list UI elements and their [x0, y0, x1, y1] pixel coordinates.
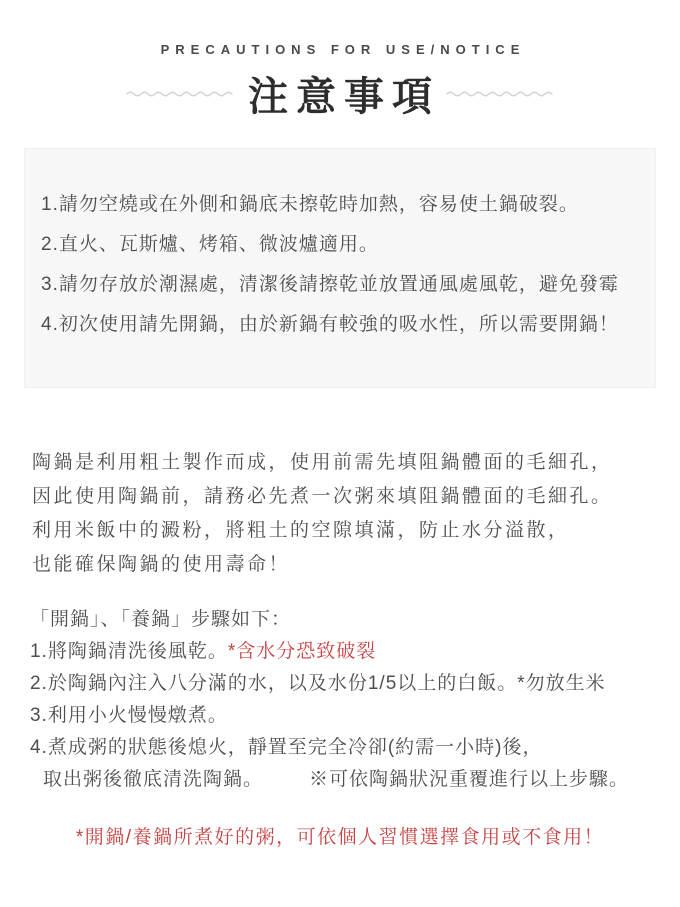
header: PRECAUTIONS FOR USE/NOTICE 注意事項: [0, 0, 680, 122]
step-2-text: 2.於陶鍋內注入八分滿的水，以及水份1/5以上的白飯。: [30, 673, 517, 694]
step-4-continuation-text: 取出粥後徹底清洗陶鍋。: [43, 769, 263, 790]
title-row: 注意事項: [0, 65, 680, 122]
notice-item: 4.初次使用請先開鍋，由於新鍋有較強的吸水性，所以需要開鍋！: [41, 305, 641, 345]
eyebrow-text: PRECAUTIONS FOR USE/NOTICE: [0, 42, 680, 57]
wave-line-right-icon: [446, 89, 554, 99]
intro-line: 因此使用陶鍋前，請務必先煮一次粥來填阻鍋體面的毛細孔。: [32, 480, 680, 514]
step-1-text: 1.將陶鍋清洗後風乾。: [30, 641, 228, 662]
step-4-note-text: ※可依陶鍋狀況重覆進行以上步驟。: [309, 764, 629, 796]
intro-line: 利用米飯中的澱粉，將粗土的空隙填滿，防止水分溢散，: [32, 514, 680, 548]
step-line-4-continuation: 取出粥後徹底清洗陶鍋。※可依陶鍋狀況重覆進行以上步驟。: [30, 764, 680, 796]
step-1-warning-text: *含水分恐致破裂: [228, 641, 376, 662]
steps-heading: 「開鍋」、「養鍋」步驟如下：: [30, 604, 680, 636]
step-line-1: 1.將陶鍋清洗後風乾。*含水分恐致破裂: [30, 636, 680, 668]
page-title: 注意事項: [240, 65, 440, 122]
footer-warning: *開鍋/養鍋所煮好的粥，可依個人習慣選擇食用或不食用！: [0, 826, 680, 850]
intro-line: 也能確保陶鍋的使用壽命！: [32, 548, 680, 582]
step-2-note-text: *勿放生米: [517, 673, 605, 694]
step-line-3: 3.利用小火慢慢燉煮。: [30, 700, 680, 732]
notice-panel: 1.請勿空燒或在外側和鍋底未擦乾時加熱，容易使土鍋破裂。 2.直火、瓦斯爐、烤箱…: [24, 148, 656, 388]
notice-item: 2.直火、瓦斯爐、烤箱、微波爐適用。: [41, 225, 641, 265]
page-root: PRECAUTIONS FOR USE/NOTICE 注意事項 1.請勿空燒或在…: [0, 0, 680, 907]
notice-item: 1.請勿空燒或在外側和鍋底未擦乾時加熱，容易使土鍋破裂。: [41, 185, 641, 225]
step-line-2: 2.於陶鍋內注入八分滿的水，以及水份1/5以上的白飯。*勿放生米: [30, 668, 680, 700]
intro-paragraph: 陶鍋是利用粗土製作而成，使用前需先填阻鍋體面的毛細孔， 因此使用陶鍋前，請務必先…: [32, 446, 680, 582]
intro-line: 陶鍋是利用粗土製作而成，使用前需先填阻鍋體面的毛細孔，: [32, 446, 680, 480]
steps-section: 「開鍋」、「養鍋」步驟如下： 1.將陶鍋清洗後風乾。*含水分恐致破裂 2.於陶鍋…: [30, 604, 680, 796]
step-line-4: 4.煮成粥的狀態後熄火，靜置至完全冷卻(約需一小時)後，: [30, 732, 680, 764]
notice-item: 3.請勿存放於潮濕處，清潔後請擦乾並放置通風處風乾，避免發霉: [41, 265, 641, 305]
wave-line-left-icon: [126, 89, 234, 99]
